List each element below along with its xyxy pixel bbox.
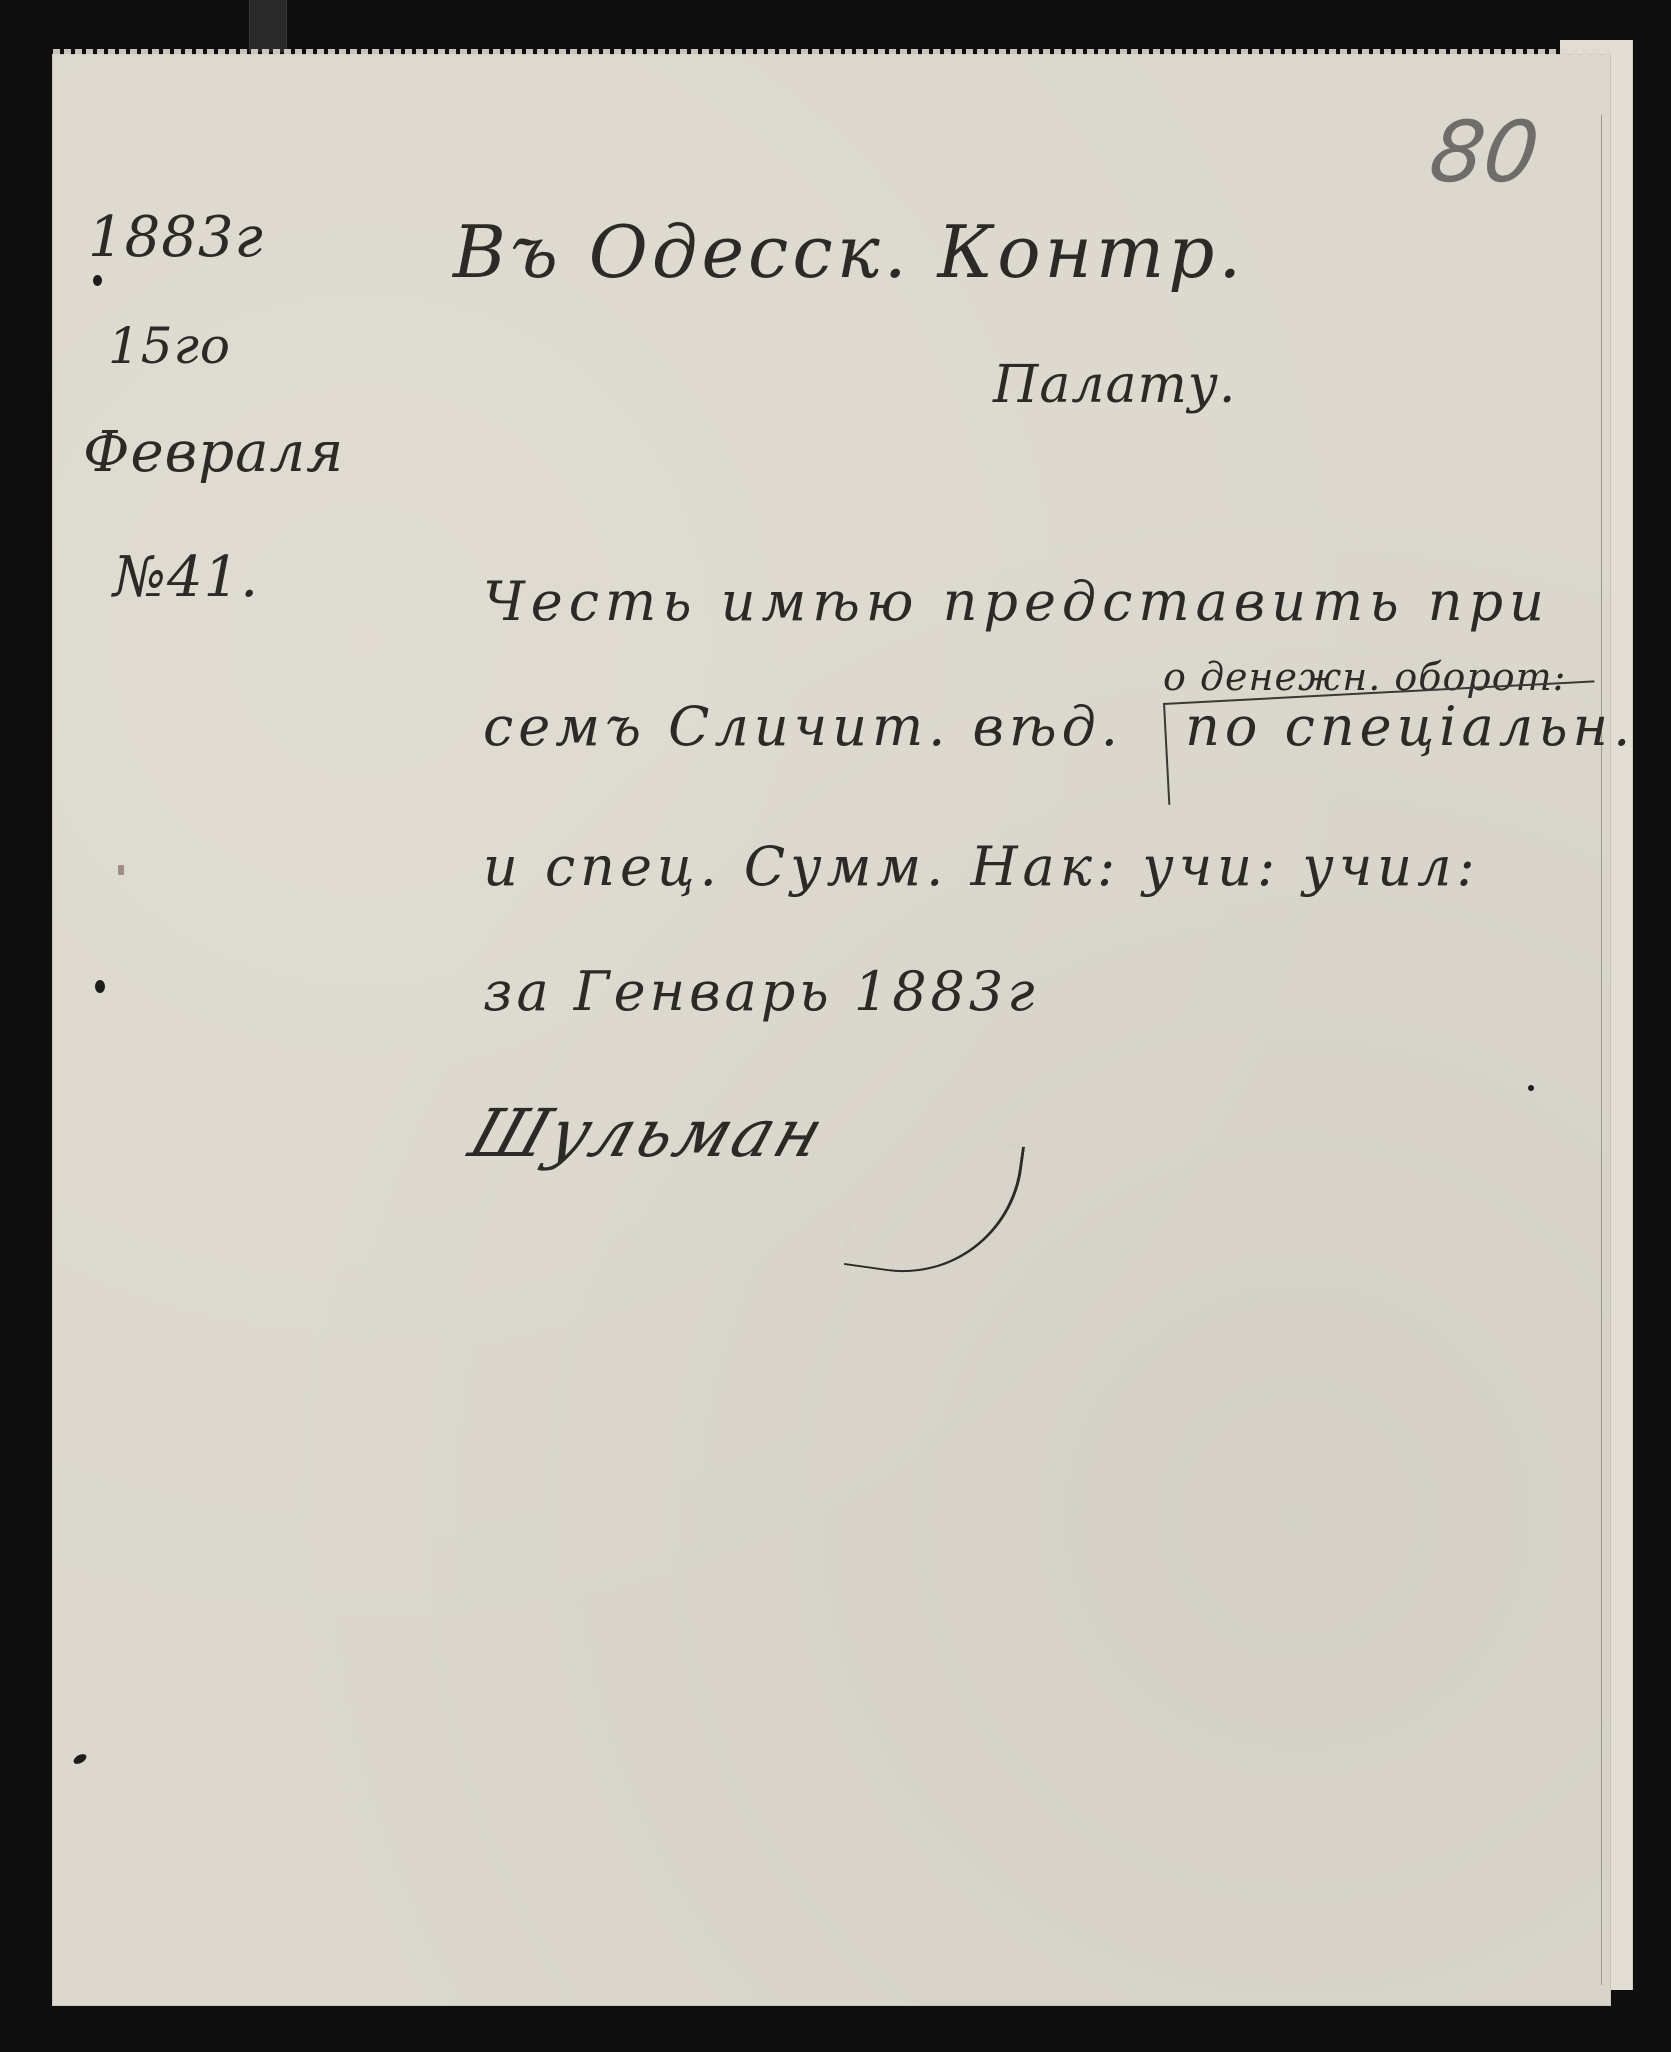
ink-spot: [1528, 1085, 1534, 1091]
addressee-line-2: Палату.: [993, 355, 1236, 415]
ink-spot: [72, 1752, 88, 1766]
ink-spot: [93, 275, 102, 286]
stain-mark: [118, 865, 124, 875]
page-edge-line: [1601, 115, 1602, 1985]
document-page: 80 1883г 15го Февраля №41. Въ Одесск. Ко…: [53, 55, 1610, 2005]
margin-day: 15го: [108, 317, 231, 375]
margin-month: Февраля: [83, 420, 344, 485]
body-line-1: Честь имѣю представить при: [483, 570, 1550, 633]
signature-flourish: [844, 1124, 1025, 1287]
body-line-3: и спец. Сумм. Нак: учи: учил:: [483, 835, 1480, 898]
margin-number: №41.: [113, 545, 259, 610]
ink-spot: [95, 980, 105, 993]
signature: Шульман: [460, 1095, 835, 1172]
binding-clip: [249, 0, 287, 52]
margin-year: 1883г: [88, 205, 264, 270]
body-line-2-start: семъ Сличит. вѣд.: [483, 695, 1123, 758]
folio-number: 80: [1424, 103, 1545, 201]
addressee-line-1: Въ Одесск. Контр.: [453, 210, 1245, 294]
body-line-4: за Генварь 1883г: [483, 960, 1039, 1023]
strike-through-bracket: [1163, 680, 1600, 804]
